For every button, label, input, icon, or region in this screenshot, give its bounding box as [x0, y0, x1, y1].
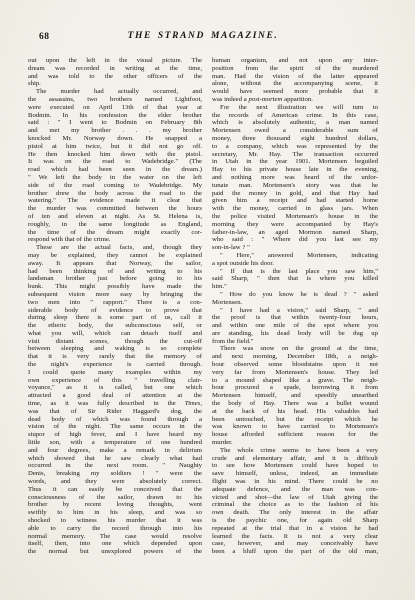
text-line: murder. [212, 439, 378, 447]
text-line: " If that is the last place you saw him,… [212, 268, 378, 276]
text-line: There was snow on the ground at the time… [212, 345, 378, 353]
text-line: shocked to witness his murder that it wa… [28, 517, 202, 525]
text-line: in Utah in the year 1901. Mortensen begu… [212, 158, 378, 166]
text-line: morning they were accompanied by Hay's [212, 221, 378, 229]
text-line: vision of the night. The same occurs in … [28, 423, 202, 431]
text-line: For the next illustration we will turn t… [212, 104, 378, 112]
text-line: the etheric body, the subconscious self,… [28, 322, 202, 330]
text-line: own experience of this " travelling clai… [28, 377, 202, 385]
text-line: and within one mile of the spot where yo… [212, 322, 378, 330]
text-line: I could quote many examples within my [28, 369, 202, 377]
text-line: him." [212, 283, 378, 291]
text-column-right: human organism, and not upon any inter-p… [212, 57, 378, 556]
text-line: landsman brother just before going to hi… [28, 275, 202, 283]
text-line: out upon the left in the visual picture.… [28, 57, 202, 65]
text-line: and nothing more was heard of the unfor- [212, 174, 378, 182]
text-line: the assassins, two brothers named Lightf… [28, 96, 202, 104]
text-line: " How do you know he is dead ? " asked [212, 291, 378, 299]
text-line: which is absolutely authentic, a man nam… [212, 119, 378, 127]
text-line: bour observed some bloodstains upon it n… [212, 361, 378, 369]
text-line: siderable body of evidence to prove that [28, 307, 202, 315]
text-line: These are the actual facts, and, though … [28, 244, 202, 252]
text-line: adequate defence, and the man was con- [212, 486, 378, 494]
text-line: had been thinking of and writing to his [28, 268, 202, 276]
text-line: flight was in his mind. There could be n… [212, 478, 378, 486]
text-line: learned the facts. It is not a very clea… [212, 533, 378, 541]
text-line: roughly, in the same longitude as Englan… [28, 221, 202, 229]
text-line: consciousness of the sailor, drawn to hi… [28, 494, 202, 502]
text-line: is the psychic one, for again old Sharp [212, 517, 378, 525]
text-body: out upon the left in the visual picture.… [28, 57, 378, 556]
text-line: man. Had the vision of the latter appear… [212, 73, 378, 81]
text-line: " Here," answered Mortensen, indicating [212, 252, 378, 260]
text-line: tunate man. Mortensen's story was that h… [212, 182, 378, 190]
running-header: 68 THE STRAND MAGAZINE. [28, 31, 378, 44]
text-line: a spot outside his door. [212, 260, 378, 268]
text-line: position from the spirit of the murdered [212, 65, 378, 73]
text-line: that it is very rarely that the memory o… [28, 353, 202, 361]
text-line: from the field." [212, 338, 378, 346]
text-line: the normal but unexplored powers of the [28, 548, 202, 556]
text-line: road which had been seen in the dream.) [28, 166, 202, 174]
text-line: stupor of high fever, and I have heard m… [28, 431, 202, 439]
text-line: voyance," as it is called, but one which [28, 384, 202, 392]
text-line: pistol at him twice, but it did not go o… [28, 143, 202, 151]
text-line: " We left the body in the water on the l… [28, 174, 202, 182]
text-line: Denis, breaking my soldiers ! " were the [28, 470, 202, 478]
text-line: were executed on April 13th of that year… [28, 104, 202, 112]
text-line: time, as it was fully described in the T… [28, 400, 202, 408]
text-line: the records of American crime. In this c… [212, 112, 378, 120]
text-line: the body of Hay. There was a bullet woun… [212, 400, 378, 408]
text-line: itself, then, into one which depended up… [28, 540, 202, 548]
text-line: little son, with a temperature of one hu… [28, 439, 202, 447]
text-line: been untouched, but the receipt which he [212, 416, 378, 424]
text-line: visit distant scenes, though the cut-off [28, 338, 202, 346]
text-line: occurred in the next room. " Naughty [28, 462, 202, 470]
text-line: own death. The only interest in the affa… [212, 509, 378, 517]
text-line: would have seemed more probable that it [212, 88, 378, 96]
text-line: bunk. This might possibly have made the [28, 283, 202, 291]
text-line: said Sharp, " then that is where you kil… [212, 275, 378, 283]
text-line: knocked Mr. Norway down. He snapped a [28, 135, 202, 143]
text-line: during sleep there is some part of us, c… [28, 314, 202, 322]
text-line: attracted a good deal of attention at th… [28, 392, 202, 400]
text-line: father-in-law, an aged Mormon named Shar… [212, 229, 378, 237]
text-line: criminal the choice as to the fashion of… [212, 501, 378, 509]
text-line: crude and elementary affair, and it is d… [212, 455, 378, 463]
text-line: secretary, Mr. Hay. The transaction occu… [212, 151, 378, 159]
text-line: Mortensen. [212, 299, 378, 307]
text-line: normal memory. The case would resolve [28, 533, 202, 541]
text-line: Hay to his private house late in the eve… [212, 166, 378, 174]
text-line: human organism, and not upon any inter- [212, 57, 378, 65]
text-line: and met my brother . . . my brother [28, 127, 202, 135]
text-line: respond with that of the crime. [28, 236, 202, 244]
text-line: away. It appears that Norway, the sailor… [28, 260, 202, 268]
text-line: Thus it can easily be conceived that the [28, 486, 202, 494]
text-line: what you will, which can detach itself a… [28, 330, 202, 338]
text-line: to a company, which was represented by t… [212, 143, 378, 151]
text-line: repeated at the trial that in a vision h… [212, 525, 378, 533]
text-line: been a bluff upon the part of the old ma… [212, 548, 378, 556]
text-line: given him a receipt and had started home [212, 197, 378, 205]
text-line: able to carry the record through into hi… [28, 525, 202, 533]
text-line: Bodmin. In his confession the elder brot… [28, 112, 202, 120]
text-line: brother by recent loving thoughts, went [28, 501, 202, 509]
text-line: are standing, his dead body will be dug … [212, 330, 378, 338]
text-line: brother drew the body across the road to… [28, 190, 202, 198]
text-line: side of the road coming to Wadebridge. M… [28, 182, 202, 190]
text-line: and four degrees, make a remark in delir… [28, 447, 202, 455]
text-line: alone, without the accompanying scene, i… [212, 80, 378, 88]
text-line: and next morning, December 18th, a neigh… [212, 353, 378, 361]
page-title: THE STRAND MAGAZINE. [28, 31, 378, 41]
text-line: " I have had a vision," said Sharp, " an… [212, 307, 378, 315]
page-number: 68 [39, 32, 50, 42]
text-line: who said : " Where did you last see my [212, 236, 378, 244]
text-line: may be explained, they cannot be explain… [28, 252, 202, 260]
text-line: son-in-law ? " [212, 244, 378, 252]
text-line: at the back of his head. His valuables h… [212, 408, 378, 416]
text-line: save himself, unless, indeed, an immedia… [212, 470, 378, 478]
text-line: very far from Mortensen's house. They le… [212, 369, 378, 377]
text-line: victed and shot—the law of Utah giving t… [212, 494, 378, 502]
text-line: ship. [28, 80, 202, 88]
text-line: dead body of which was found through a [28, 416, 202, 424]
text-line: to a mound shaped like a grave. The neig… [212, 377, 378, 385]
text-line: It was on the road to Wadebridge." (The [28, 158, 202, 166]
text-line: which showed that he saw clearly what ha… [28, 455, 202, 463]
text-line: The murder had actually occurred, and [28, 88, 202, 96]
text-line: case, however, and may conceivably have [212, 540, 378, 548]
text-line: the proof is that within twenty-four hou… [212, 314, 378, 322]
text-line: money, three thousand eight hundred doll… [212, 135, 378, 143]
text-line: words, and they were absolutely correct. [28, 478, 202, 486]
magazine-page: 68 THE STRAND MAGAZINE. out upon the lef… [0, 0, 415, 600]
text-line: bour procured a spade, borrowing it from [212, 384, 378, 392]
text-line: to see how Mortensen could have hoped to [212, 462, 378, 470]
text-line: swiftly to him in his sleep, and was so [28, 509, 202, 517]
text-column-left: out upon the left in the visual picture.… [28, 57, 202, 556]
text-line: two men into " rapport." There is a con- [28, 299, 202, 307]
text-line: between sleeping and waking is so comple… [28, 345, 202, 353]
text-line: with the money, carried in glass jars. W… [212, 205, 378, 213]
text-line: of ten and eleven at night. As St. Helen… [28, 213, 202, 221]
text-line: the night's experience is carried throug… [28, 361, 202, 369]
text-line: the murder was committed between the hou… [28, 205, 202, 213]
text-line: and was told to the other officers of th… [28, 73, 202, 81]
text-line: was indeed a post-mortem apparition. [212, 96, 378, 104]
text-line: the police visited Mortensen's house in … [212, 213, 378, 221]
text-line: was that of Sir Rider Haggard's dog, the [28, 408, 202, 416]
text-line: watering." The evidence made it clear th… [28, 197, 202, 205]
text-line: was known to have carried to Mortensen's [212, 423, 378, 431]
text-line: dream was recorded in writing at the tim… [28, 65, 202, 73]
text-line: said : " I went to Bodmin on February 8t… [28, 119, 202, 127]
text-line: paid the money in gold, and that Hay had [212, 190, 378, 198]
text-line: house afforded sufficient reason for the [212, 431, 378, 439]
text-line: Mortensen owed a considerable sum of [212, 127, 378, 135]
text-line: Mortensen himself, and speedily unearthe… [212, 392, 378, 400]
text-line: The whole crime seems to have been a ver… [212, 447, 378, 455]
text-line: the time of the dream might exactly cor- [28, 229, 202, 237]
text-line: He then knocked him down with the pistol… [28, 151, 202, 159]
text-line: subsequent vision more easy by bringing … [28, 291, 202, 299]
